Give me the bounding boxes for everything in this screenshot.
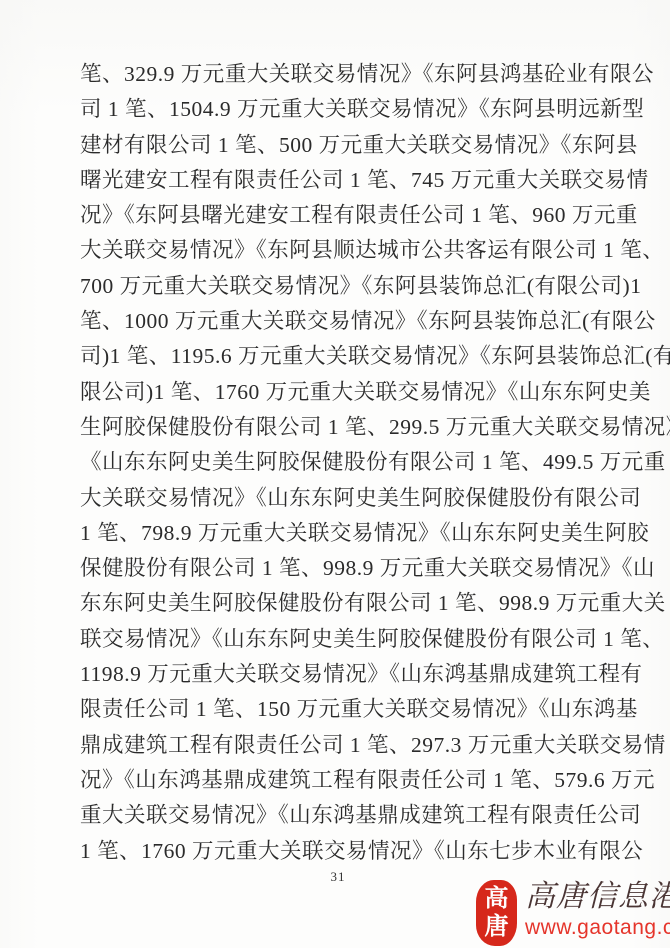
- gaotang-seal-icon: 高 唐: [476, 880, 517, 946]
- text-line: 司)1 笔、1195.6 万元重大关联交易情况》《东阿县装饰总汇(有: [80, 339, 596, 374]
- text-line: 重大关联交易情况》《山东鸿基鼎成建筑工程有限责任公司: [80, 798, 596, 833]
- text-line: 1 笔、1760 万元重大关联交易情况》《山东七步木业有限公: [80, 834, 596, 869]
- text-line: 况》《山东鸿基鼎成建筑工程有限责任公司 1 笔、579.6 万元: [80, 763, 596, 798]
- gaotang-watermark: 高 唐 高唐信息港 www.gaotang.cc: [476, 880, 670, 946]
- seal-char-top: 高: [485, 885, 509, 913]
- text-line: 司 1 笔、1504.9 万元重大关联交易情况》《东阿县明远新型: [80, 92, 596, 127]
- watermark-site-name: 高唐信息港: [525, 880, 670, 914]
- document-text-block: 笔、329.9 万元重大关联交易情况》《东阿县鸿基砼业有限公司 1 笔、1504…: [80, 57, 596, 869]
- text-line: 建材有限公司 1 笔、500 万元重大关联交易情况》《东阿县: [80, 128, 596, 163]
- text-line: 联交易情况》《山东东阿史美生阿胶保健股份有限公司 1 笔、: [80, 622, 596, 657]
- text-line: 况》《东阿县曙光建安工程有限责任公司 1 笔、960 万元重: [80, 198, 596, 233]
- document-page: 笔、329.9 万元重大关联交易情况》《东阿县鸿基砼业有限公司 1 笔、1504…: [0, 0, 670, 948]
- watermark-text-group: 高唐信息港 www.gaotang.cc: [525, 880, 670, 939]
- text-line: 700 万元重大关联交易情况》《东阿县装饰总汇(有限公司)1: [80, 269, 596, 304]
- text-line: 限责任公司 1 笔、150 万元重大关联交易情况》《山东鸿基: [80, 692, 596, 727]
- text-line: 大关联交易情况》《山东东阿史美生阿胶保健股份有限公司: [80, 481, 596, 516]
- watermark-site-url: www.gaotang.cc: [525, 916, 670, 939]
- text-line: 《山东东阿史美生阿胶保健股份有限公司 1 笔、499.5 万元重: [80, 445, 596, 480]
- text-line: 生阿胶保健股份有限公司 1 笔、299.5 万元重大关联交易情况》: [80, 410, 596, 445]
- text-line: 笔、1000 万元重大关联交易情况》《东阿县装饰总汇(有限公: [80, 304, 596, 339]
- text-line: 曙光建安工程有限责任公司 1 笔、745 万元重大关联交易情: [80, 163, 596, 198]
- text-line: 鼎成建筑工程有限责任公司 1 笔、297.3 万元重大关联交易情: [80, 728, 596, 763]
- text-line: 大关联交易情况》《东阿县顺达城市公共客运有限公司 1 笔、: [80, 233, 596, 268]
- text-line: 东东阿史美生阿胶保健股份有限公司 1 笔、998.9 万元重大关: [80, 586, 596, 621]
- seal-char-bottom: 唐: [485, 913, 509, 941]
- text-line: 保健股份有限公司 1 笔、998.9 万元重大关联交易情况》《山: [80, 551, 596, 586]
- text-line: 1 笔、798.9 万元重大关联交易情况》《山东东阿史美生阿胶: [80, 516, 596, 551]
- text-line: 限公司)1 笔、1760 万元重大关联交易情况》《山东东阿史美: [80, 375, 596, 410]
- text-line: 笔、329.9 万元重大关联交易情况》《东阿县鸿基砼业有限公: [80, 57, 596, 92]
- text-line: 1198.9 万元重大关联交易情况》《山东鸿基鼎成建筑工程有: [80, 657, 596, 692]
